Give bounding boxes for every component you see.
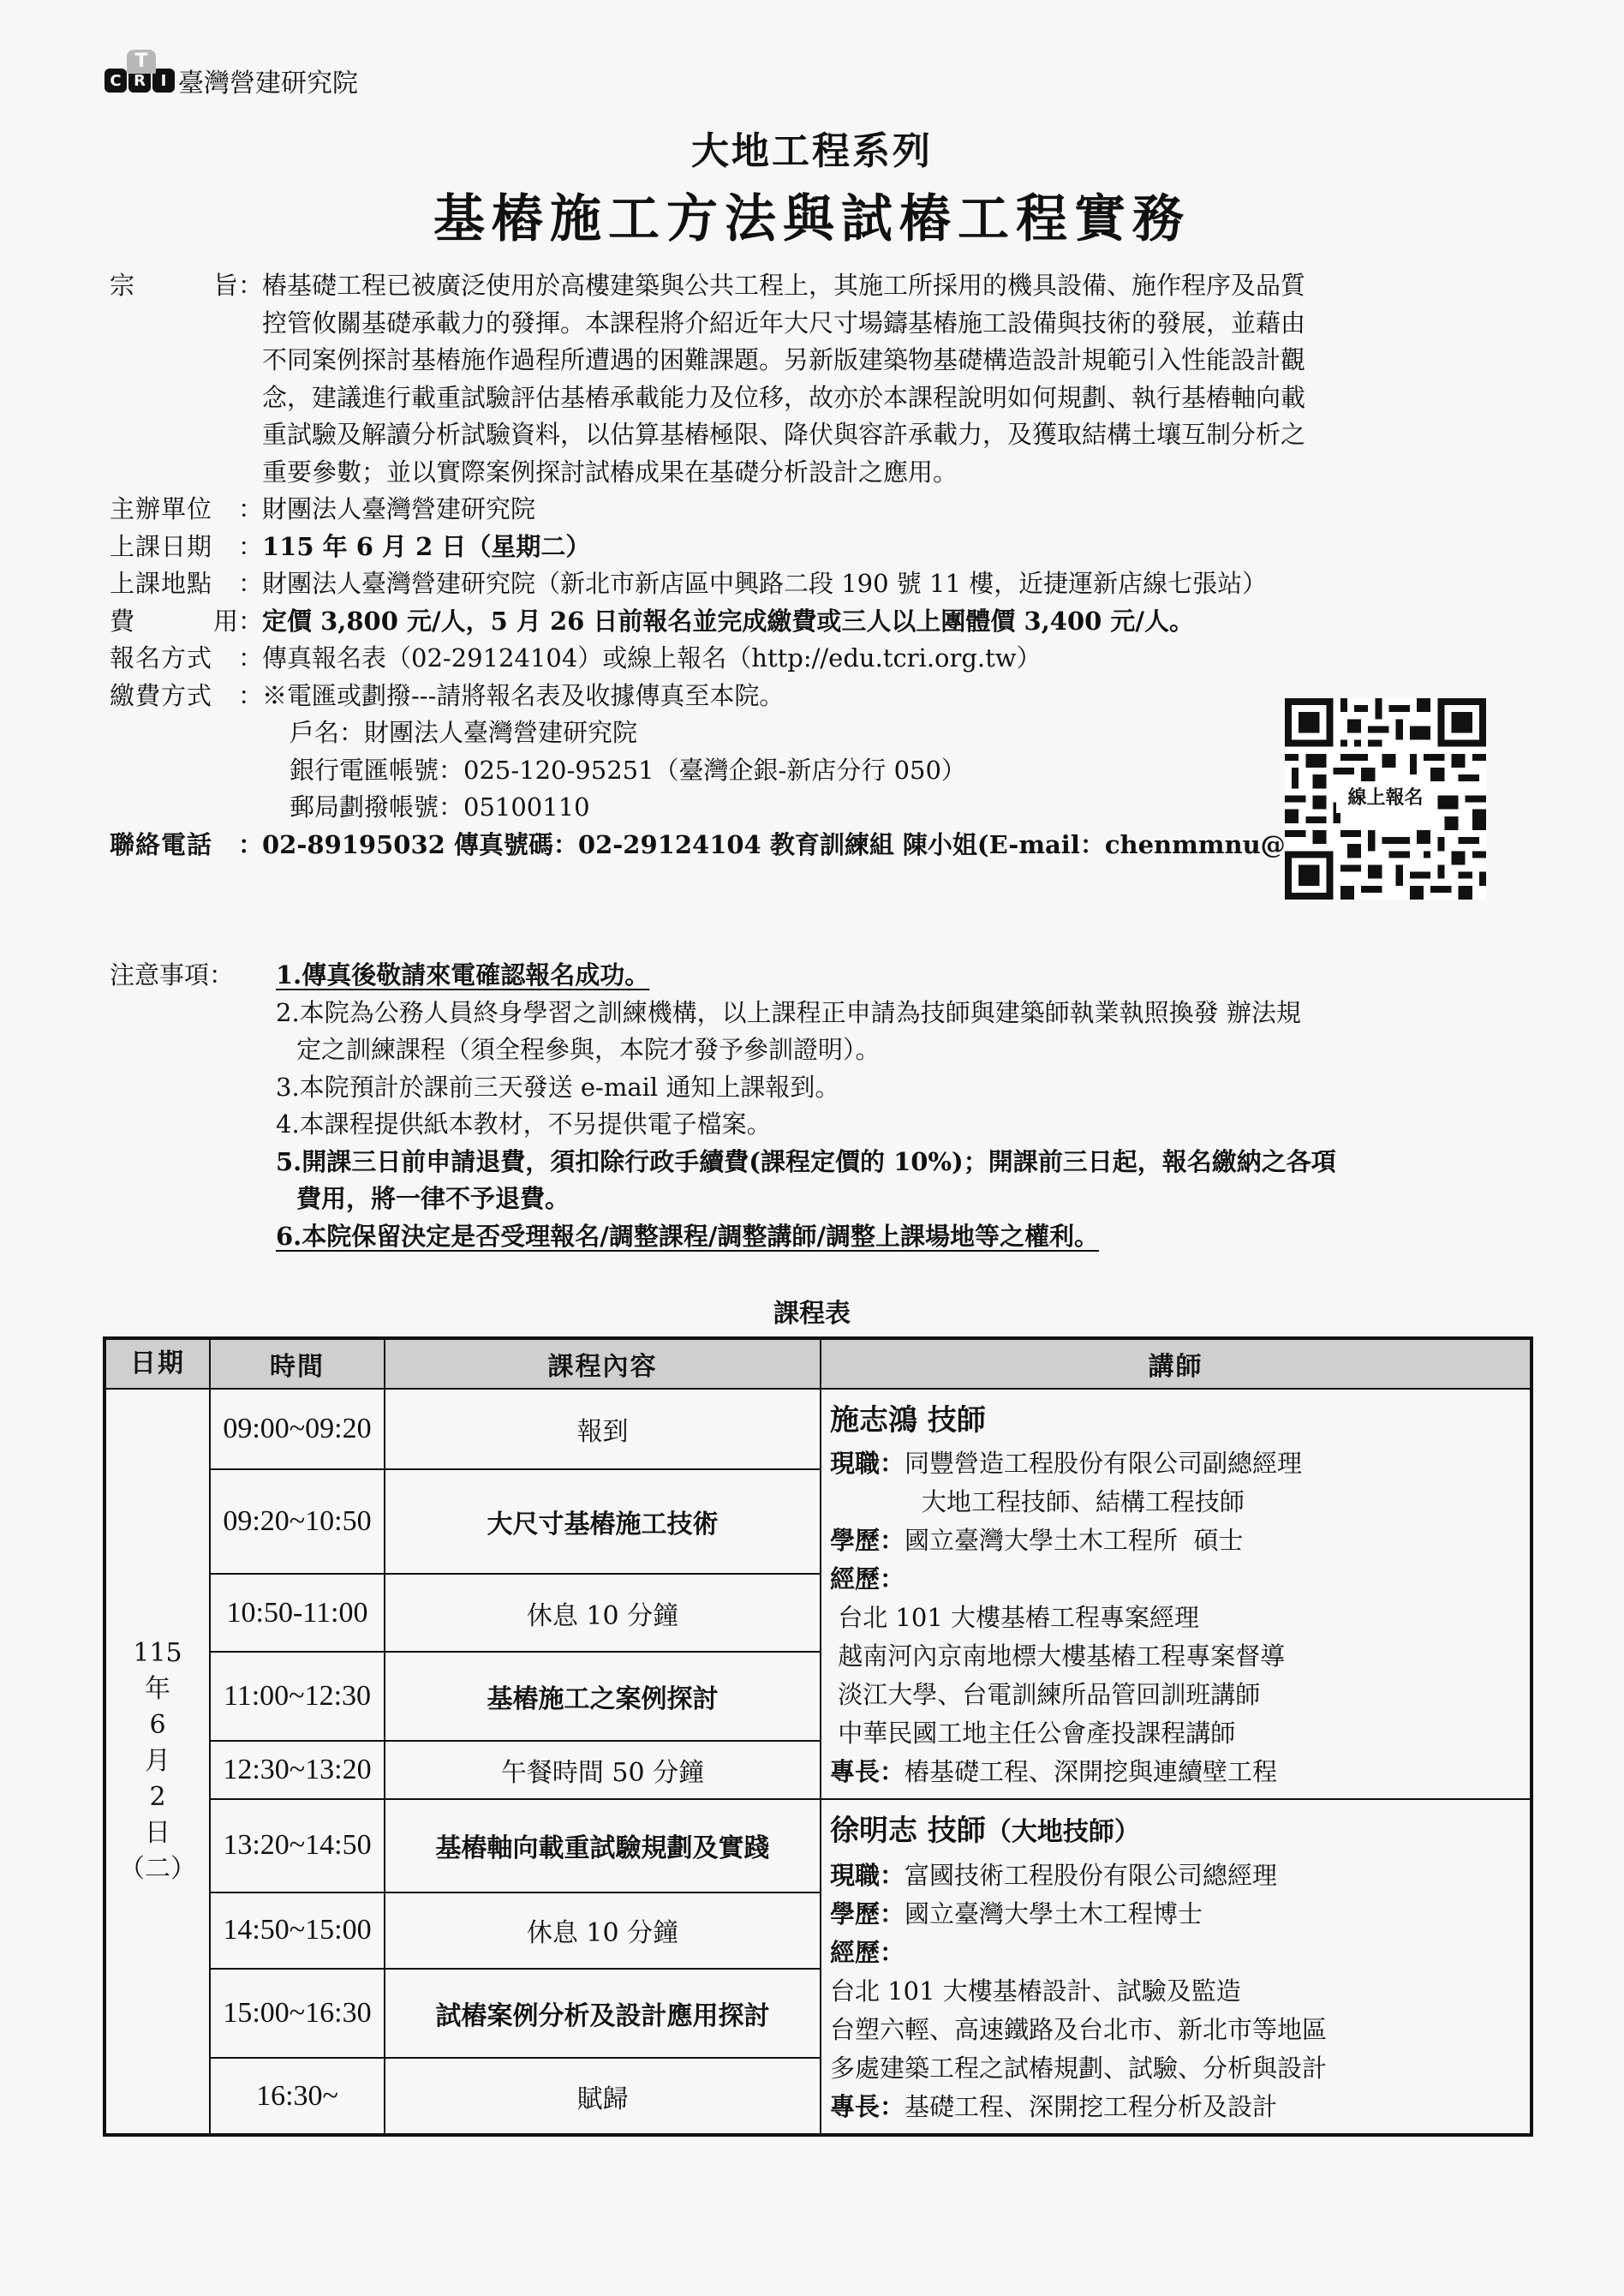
lecturer-name: 徐明志 技師（大地技師） [830,1807,1521,1857]
time-cell: 14:50~15:00 [210,1892,385,1970]
content-cell: 休息 10 分鐘 [385,1574,821,1652]
series-title: 大地工程系列 [0,120,1624,175]
time-cell: 11:00~12:30 [210,1652,385,1740]
qr-label: 線上報名 [1336,784,1435,813]
table-row: 13:20~14:50 基樁軸向載重試驗規劃及實踐 徐明志 技師（大地技師） 現… [104,1799,1531,1892]
content-cell: 基樁施工之案例探討 [385,1652,821,1740]
col-header-content: 課程內容 [385,1338,821,1389]
organizer-row: 主辦單位 ： 財團法人臺灣營建研究院 [110,491,1531,529]
date-row: 上課日期 ： 115 年 6 月 2 日（星期二） [110,529,1531,566]
fee-row: 費 用 ： 定價 3,800 元/人，5 月 26 日前報名並完成繳費或三人以上… [110,603,1531,641]
location-row: 上課地點 ： 財團法人臺灣營建研究院（新北市新店區中興路二段 190 號 11 … [110,565,1531,603]
purpose-row: 宗 旨 ： 樁基礎工程已被廣泛使用於高樓建築與公共工程上，其施工所採用的機具設備… [110,267,1531,491]
content-cell: 賦歸 [385,2058,821,2135]
table-row: 115 年 6 月 2 日 （二） 09:00~09:20 報到 施志鴻 技師 … [104,1389,1531,1469]
time-cell: 09:00~09:20 [210,1389,385,1469]
lecturer-cell: 徐明志 技師（大地技師） 現職：富國技術工程股份有限公司總經理 學歷：國立臺灣大… [821,1799,1531,2135]
col-header-lecturer: 講師 [821,1338,1531,1389]
time-cell: 13:20~14:50 [210,1799,385,1892]
content-cell: 試樁案例分析及設計應用探討 [385,1969,821,2058]
col-header-date: 日期 [104,1338,210,1389]
time-cell: 16:30~ [210,2058,385,2135]
time-cell: 10:50-11:00 [210,1574,385,1652]
note-item: 3.本院預計於課前三天發送 e-mail 通知上課報到。 [110,1069,1549,1107]
time-cell: 12:30~13:20 [210,1741,385,1799]
notes-label: 注意事項： [110,957,234,995]
lecturer-cell: 施志鴻 技師 現職：同豐營造工程股份有限公司副總經理 大地工程技師、結構工程技師… [821,1389,1531,1799]
content-cell: 報到 [385,1389,821,1469]
note-item: 2.本院為公務人員終身學習之訓練機構，以上課程正申請為技師與建築師執業執照換發 … [110,995,1549,1032]
purpose-text: 樁基礎工程已被廣泛使用於高樓建築與公共工程上，其施工所採用的機具設備、施作程序及… [262,267,1531,491]
note-item-continued: 費用，將一律不予退費。 [110,1181,1549,1218]
time-cell: 09:20~10:50 [210,1469,385,1574]
note-item: 6.本院保留決定是否受理報名/調整課程/調整講師/調整上課場地等之權利。 [110,1218,1549,1256]
content-cell: 休息 10 分鐘 [385,1892,821,1970]
content-cell: 大尺寸基樁施工技術 [385,1469,821,1574]
table-header-row: 日期 時間 課程內容 講師 [104,1338,1531,1389]
org-name: 臺灣營建研究院 [178,62,358,99]
content-cell: 基樁軸向載重試驗規劃及實踐 [385,1799,821,1892]
schedule-table: 日期 時間 課程內容 講師 115 年 6 月 2 日 （二） 09:00~09… [103,1336,1533,2137]
notes-section: 注意事項： 1.傳真後敬請來電確認報名成功。 2.本院為公務人員終身學習之訓練機… [110,957,1549,1255]
registration-row: 報名方式 ： 傳真報名表（02-29124104）或線上報名（http://ed… [110,640,1531,678]
registration-qr-code[interactable]: 線上報名 [1285,698,1486,900]
col-header-time: 時間 [210,1338,385,1389]
date-cell: 115 年 6 月 2 日 （二） [104,1389,210,2135]
registration-link[interactable]: 傳真報名表（02-29124104）或線上報名（http://edu.tcri.… [262,640,1531,678]
schedule-title: 課程表 [0,1292,1624,1330]
content-cell: 午餐時間 50 分鐘 [385,1741,821,1799]
course-title: 基樁施工方法與試樁工程實務 [0,178,1624,252]
logo-mark-icon: T C R I [104,69,175,93]
note-item-continued: 定之訓練課程（須全程參與，本院才發予參訓證明）。 [110,1031,1549,1069]
note-item: 1.傳真後敬請來電確認報名成功。 [110,957,1549,995]
purpose-label: 宗 旨 [110,267,238,491]
lecturer-name: 施志鴻 技師 [830,1396,1521,1444]
org-logo: T C R I 臺灣營建研究院 [104,62,358,99]
note-item: 4.本課程提供紙本教材，不另提供電子檔案。 [110,1106,1549,1144]
note-item: 5.開課三日前申請退費，須扣除行政手續費(課程定價的 10%)；開課前三日起，報… [110,1144,1549,1181]
time-cell: 15:00~16:30 [210,1969,385,2058]
